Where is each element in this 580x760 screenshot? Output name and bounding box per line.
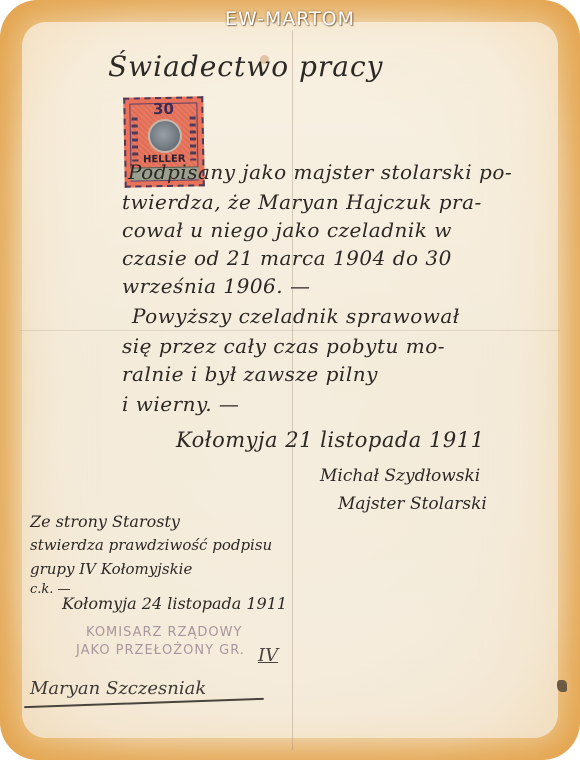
- place-date: Kołomyja 21 listopada 1911: [176, 428, 484, 452]
- document-frame: EW-MARTOM Świadectwo pracy 30 HELLER Pod…: [0, 0, 580, 760]
- endorsement-line: grupy IV Kołomyjskie: [30, 560, 192, 578]
- vertical-fold-line: [292, 30, 293, 750]
- rubber-stamp-group-number: IV: [258, 645, 278, 666]
- body-line: Podpisany jako majster stolarski po-: [128, 160, 512, 184]
- signatory-title: Majster Stolarski: [338, 494, 487, 514]
- official-signature: Maryan Szczesniak: [30, 678, 206, 699]
- endorsement-line: stwierdza prawdziwość podpisu: [30, 536, 272, 554]
- body-line: cował u niego jako czeladnik w: [122, 218, 452, 242]
- body-line: twierdza, że Maryan Hajczuk pra-: [122, 190, 482, 214]
- paper-stain: [557, 680, 567, 692]
- body-line: ralnie i był zawsze pilny: [122, 362, 378, 386]
- body-line: się przez cały czas pobytu mo-: [122, 334, 445, 358]
- stamp-value: 30: [125, 99, 201, 118]
- horizontal-fold-line: [20, 330, 560, 331]
- watermark: EW-MARTOM: [0, 8, 580, 30]
- body-line: Powyższy czeladnik sprawował: [132, 304, 460, 328]
- body-line: czasie od 21 marca 1904 do 30: [122, 246, 452, 270]
- signatory-name: Michał Szydłowski: [320, 466, 480, 486]
- rubber-stamp-line-1: KOMISARZ RZĄDOWY: [86, 625, 242, 640]
- body-line: i wierny. —: [122, 392, 239, 416]
- body-line: września 1906. —: [122, 274, 311, 298]
- rubber-stamp-line-2: JAKO PRZEŁOŻONY GR.: [76, 643, 245, 658]
- endorsement-place-date: Kołomyja 24 listopada 1911: [62, 594, 287, 613]
- document-title: Świadectwo pracy: [108, 50, 383, 83]
- endorsement-line: Ze strony Starosty: [30, 512, 180, 531]
